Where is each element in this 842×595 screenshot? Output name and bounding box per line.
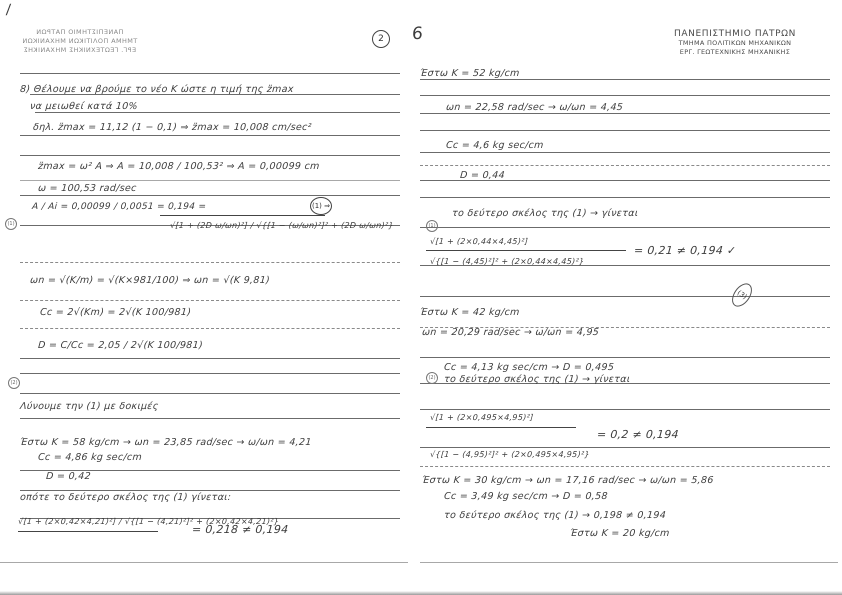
hw-line: Έστω K = 30 kg/cm → ωn = 17,16 rad/sec →…: [422, 475, 714, 486]
rule: [420, 95, 830, 96]
margin-mark-1: (1): [426, 220, 438, 232]
rule: [420, 165, 830, 166]
rule: [420, 227, 830, 228]
hw-formula: √{[1 − (4,45)²]² + (2×0,44×4,45)²}: [430, 257, 585, 266]
circled-note-3: (3): [728, 280, 756, 310]
stamp-line-3: ΕΡΓ. ΓΕΩΤΕΧΝΙΚΗΣ ΜΗΧΑΝΙΚΗΣ: [674, 48, 796, 57]
hw-line: ωn = 22,58 rad/sec → ω/ωn = 4,45: [446, 102, 624, 113]
hw-line: D = 0,44: [460, 170, 506, 181]
rule: [20, 180, 400, 181]
hw-line: Έστω K = 58 kg/cm → ωn = 23,85 rad/sec →…: [20, 437, 312, 448]
stamp-line-1: ΠΑΝΕΠΙΣΤΗΜΙΟ ΠΑΤΡΩΝ: [22, 28, 137, 37]
equation-1-marker: (1) ⇒: [310, 197, 332, 215]
rule: [20, 195, 400, 196]
hw-formula: √[1 + (2D ω/ωn)²] / √{[1 − (ω/ωn)²]² + (…: [170, 221, 394, 230]
rule: [20, 358, 400, 359]
rule: [420, 152, 830, 153]
stamp-bleedthrough: ΠΑΝΕΠΙΣΤΗΜΙΟ ΠΑΤΡΩΝ ΤΜΗΜΑ ΠΟΛΙΤΙΚΩΝ ΜΗΧΑ…: [22, 28, 137, 55]
rule: [420, 562, 838, 563]
stamp-line-3: ΕΡΓ. ΓΕΩΤΕΧΝΙΚΗΣ ΜΗΧΑΝΙΚΗΣ: [22, 46, 137, 55]
rule: [20, 155, 400, 156]
hw-line: D = C/Cc = 2,05 / 2√(K 100/981): [38, 340, 204, 351]
hw-line: το δεύτερο σκέλος της (1) → 0,198 ≠ 0,19…: [444, 510, 667, 521]
rule: [20, 300, 400, 301]
hw-line: ω = 100,53 rad/sec: [38, 183, 137, 194]
hw-result: = 0,2 ≠ 0,194: [597, 428, 680, 441]
hw-line: 8) Θέλουμε να βρούμε το νέο K ώστε η τιμ…: [20, 84, 294, 95]
hw-line: Έστω K = 52 kg/cm: [420, 68, 520, 79]
hw-formula: √{[1 − (4,95)²]² + (2×0,495×4,95)²}: [430, 450, 590, 459]
circled-page-marker: 2: [372, 30, 390, 48]
hw-line: δηλ. z̈max = 11,12 (1 − 0,1) ⇒ z̈max = 1…: [33, 122, 312, 133]
scan-bottom-edge: [0, 591, 842, 595]
rule: [420, 113, 830, 114]
fraction-bar: [426, 250, 626, 251]
rule: [420, 409, 830, 410]
left-page: / ΠΑΝΕΠΙΣΤΗΜΙΟ ΠΑΤΡΩΝ ΤΜΗΜΑ ΠΟΛΙΤΙΚΩΝ ΜΗ…: [0, 0, 410, 595]
hw-line: Cc = 4,13 kg sec/cm → D = 0,495: [444, 362, 615, 373]
rule: [420, 79, 830, 80]
rule: [20, 490, 400, 491]
hw-line: Cc = 4,86 kg sec/cm: [38, 452, 143, 463]
hw-line: ωn = √(K/m) = √(K×981/100) ⇒ ωn = √(K 9,…: [30, 275, 271, 286]
fraction-bar: [160, 215, 325, 216]
hw-formula: √[1 + (2×0,44×4,45)²]: [430, 237, 529, 246]
rule: [35, 112, 400, 113]
hw-line: Cc = 2√(Km) = 2√(K 100/981): [40, 307, 192, 318]
rule: [20, 328, 400, 329]
rule: [420, 447, 830, 448]
rule: [420, 197, 830, 198]
rule: [420, 296, 830, 297]
fraction-bar: [18, 531, 158, 532]
hw-result: = 0,21 ≠ 0,194 ✓: [634, 244, 737, 257]
hw-line: το δεύτερο σκέλος της (1) → γίνεται: [444, 374, 631, 385]
rule: [420, 357, 830, 358]
fraction-bar: [426, 427, 576, 428]
rule: [20, 393, 400, 394]
hw-line: το δεύτερο σκέλος της (1) → γίνεται: [452, 208, 639, 219]
hw-line: Έστω K = 20 kg/cm: [570, 528, 670, 539]
margin-mark-2: (2): [8, 377, 20, 389]
rule: [420, 466, 830, 467]
hw-line: ωn = 20,29 rad/sec → ω/ωn = 4,95: [422, 327, 600, 338]
hw-line: οπότε το δεύτερο σκέλος της (1) γίνεται:: [20, 492, 232, 503]
hw-result: = 0,218 ≠ 0,194: [192, 523, 289, 536]
rule: [20, 262, 400, 263]
hw-line: D = 0,42: [46, 471, 92, 482]
stamp-line-2: ΤΜΗΜΑ ΠΟΛΙΤΙΚΩΝ ΜΗΧΑΝΙΚΩΝ: [22, 37, 137, 46]
page-number: 6: [411, 24, 424, 44]
university-stamp: ΠΑΝΕΠΙΣΤΗΜΙΟ ΠΑΤΡΩΝ ΤΜΗΜΑ ΠΟΛΙΤΙΚΩΝ ΜΗΧΑ…: [674, 30, 796, 57]
stamp-line-2: ΤΜΗΜΑ ΠΟΛΙΤΙΚΩΝ ΜΗΧΑΝΙΚΩΝ: [674, 39, 796, 48]
stamp-line-1: ΠΑΝΕΠΙΣΤΗΜΙΟ ΠΑΤΡΩΝ: [674, 30, 796, 39]
hw-line: Λύνουμε την (1) με δοκιμές: [20, 401, 159, 412]
margin-mark-2: (2): [426, 372, 438, 384]
rule: [20, 135, 400, 136]
rule: [420, 130, 830, 131]
hw-line: να μειωθεί κατά 10%: [30, 101, 139, 112]
hw-formula: √[1 + (2×0,495×4,95)²]: [430, 413, 534, 422]
rule: [20, 373, 400, 374]
margin-mark-1: (1): [5, 218, 17, 230]
rule: [20, 418, 400, 419]
rule: [0, 562, 408, 563]
right-page: 6 ΠΑΝΕΠΙΣΤΗΜΙΟ ΠΑΤΡΩΝ ΤΜΗΜΑ ΠΟΛΙΤΙΚΩΝ ΜΗ…: [412, 0, 842, 595]
rule: [20, 73, 400, 74]
page-tick-mark: /: [5, 2, 11, 18]
hw-line: Cc = 4,6 kg sec/cm: [446, 140, 544, 151]
hw-line: Cc = 3,49 kg sec/cm → D = 0,58: [444, 491, 609, 502]
hw-line: z̈max = ω² A ⇒ A = 10,008 / 100,53² ⇒ A …: [38, 161, 320, 172]
hw-line: Έστω K = 42 kg/cm: [420, 307, 520, 318]
hw-line: A / Ai = 0,00099 / 0,0051 = 0,194 =: [32, 202, 207, 212]
